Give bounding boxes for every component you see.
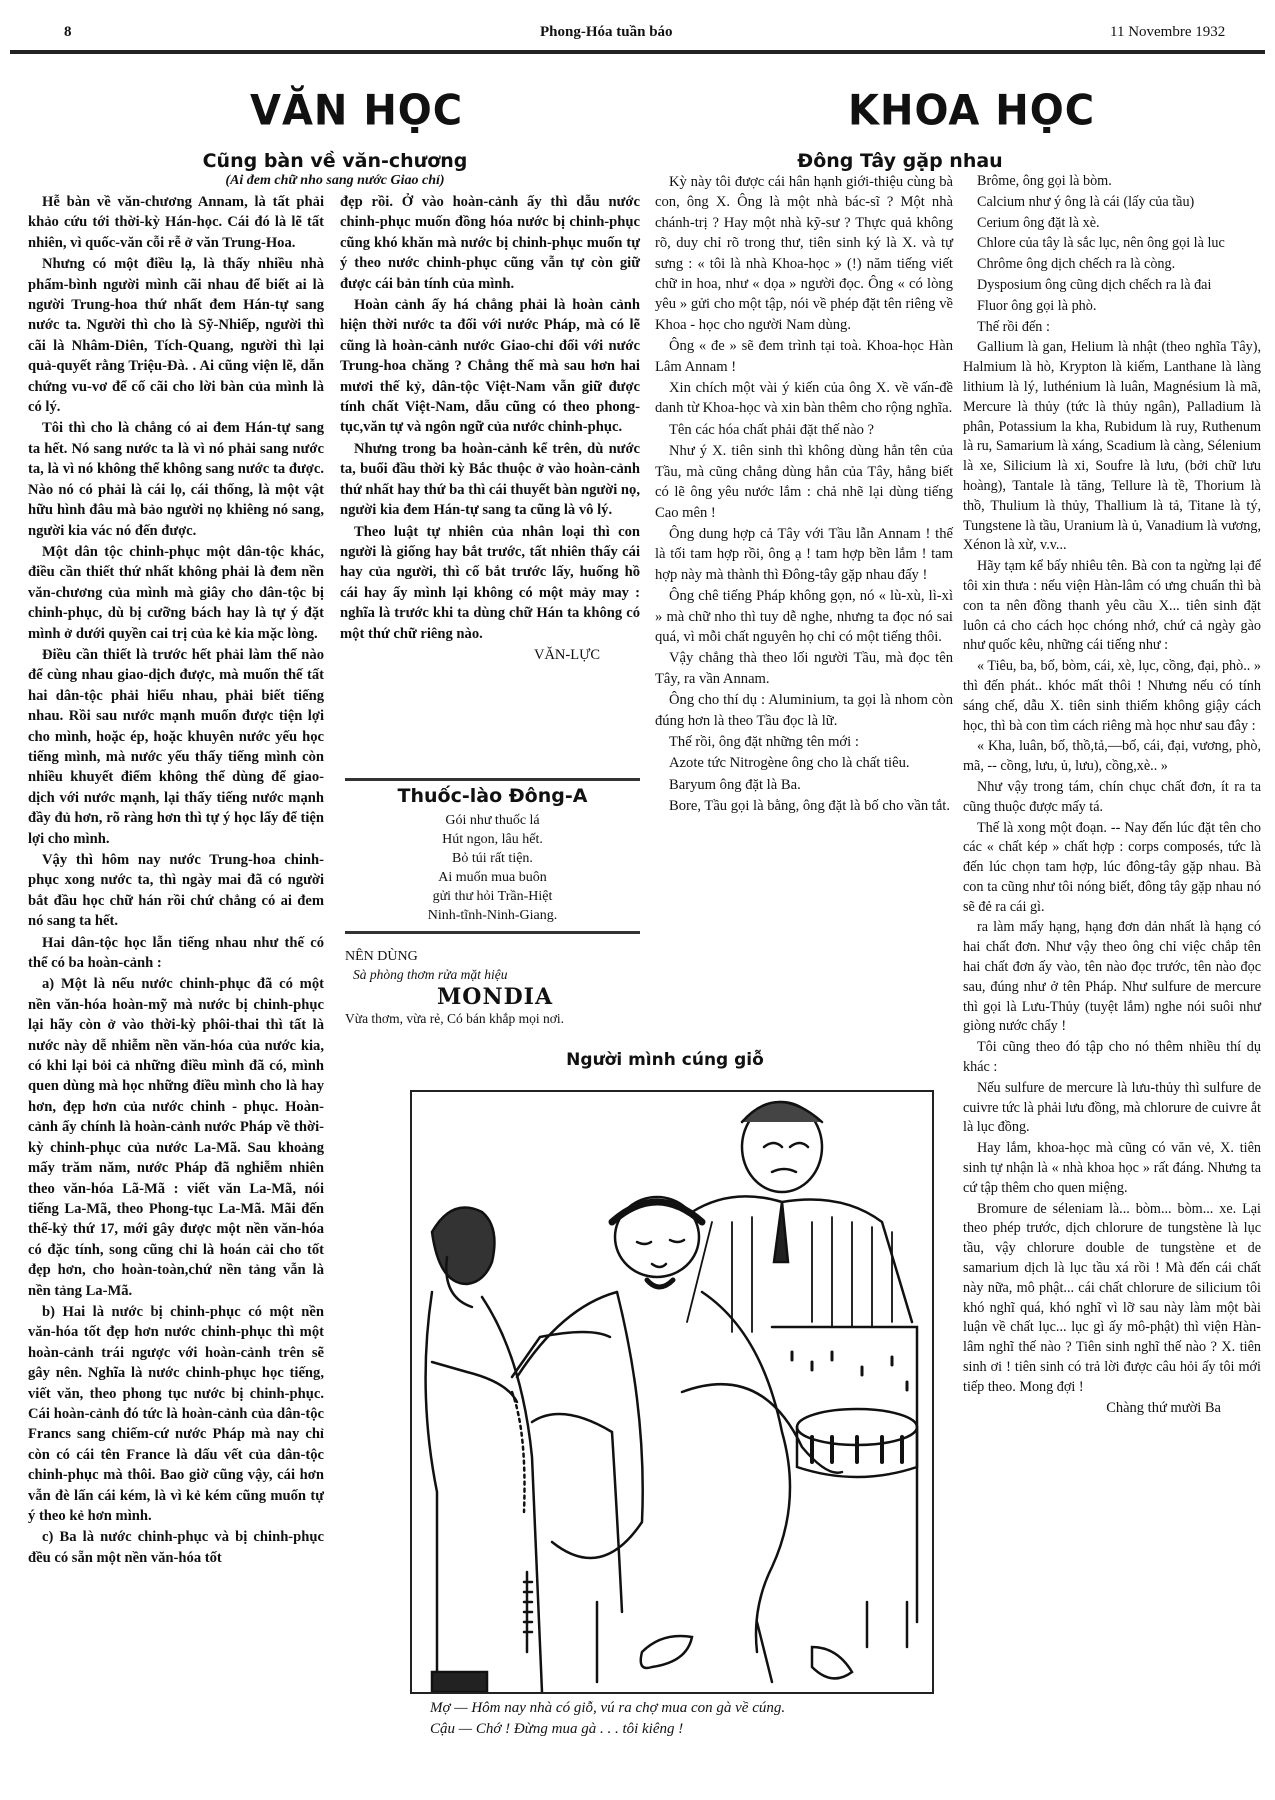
paragraph: Hay lắm, khoa-học mà cũng có văn vẻ, X. … (963, 1139, 1261, 1198)
paragraph: Như vậy trong tám, chín chục chất đơn, í… (963, 778, 1261, 818)
paragraph: a) Một là nếu nước chinh-phục đã có một … (28, 974, 324, 1301)
paragraph: Nếu sulfure de mercure là lưu-thủy thì s… (963, 1079, 1261, 1138)
paragraph: Nhưng trong ba hoàn-cảnh kể trên, dù nướ… (340, 439, 640, 521)
article-subtitle-van-chuong: (Ai đem chữ nho sang nước Giao chỉ) (60, 173, 610, 189)
ad-line: Ai muốn mua buôn (345, 868, 640, 887)
paragraph: Chlore của tây là sắc lục, nên ông gọi l… (963, 234, 1261, 254)
van-chuong-column-2: đẹp rồi. Ở vào hoàn-cảnh ấy thì dẫu nước… (340, 192, 640, 665)
paragraph: Baryum ông đặt là Ba. (655, 775, 953, 795)
cartoon-title: Người mình cúng giỗ (380, 1050, 950, 1070)
paragraph: Azote tức Nitrogène ông cho là chất tiêu… (655, 753, 953, 773)
caption-line-mo: Mợ — Hôm nay nhà có giỗ, vú ra chợ mua c… (430, 1698, 960, 1719)
article-title-van-chuong: Cũng bàn về văn-chương (60, 150, 610, 172)
paragraph: b) Hai là nước bị chinh-phục có một nền … (28, 1302, 324, 1526)
ad-title: Thuốc-lào Đông-A (345, 785, 640, 807)
paragraph: Như ý X. tiên sinh thì không dùng hẳn tê… (655, 441, 953, 523)
paragraph: Gallium là gan, Helium là nhật (theo ngh… (963, 338, 1261, 556)
ad-lead: NÊN DÙNG (345, 948, 645, 966)
issue-date: 11 Novembre 1932 (1110, 24, 1225, 41)
paragraph: Hễ bàn về văn-chương Annam, là tất phải … (28, 192, 324, 253)
paragraph: Nhưng có một điều lạ, là thấy nhiều nhà … (28, 254, 324, 417)
ad-line: Ninh-tĩnh-Ninh-Giang. (345, 906, 640, 925)
dong-tay-column-3: Kỳ này tôi được cái hân hạnh giới-thiệu … (655, 172, 953, 818)
paragraph: đẹp rồi. Ở vào hoàn-cảnh ấy thì dẫu nước… (340, 192, 640, 294)
masthead-rule (10, 50, 1265, 54)
paragraph: Điều cần thiết là trước hết phải làm thế… (28, 645, 324, 849)
paragraph: « Tiêu, ba, bố, bòm, cái, xè, lục, cồng,… (963, 657, 1261, 736)
paragraph: Ông chê tiếng Pháp không gọn, nó « lù-xù… (655, 586, 953, 647)
article-title-dong-tay: Đông Tây gặp nhau (650, 150, 1150, 172)
advertisement-thuoc-lao: Thuốc-lào Đông-A Gói như thuốc lá Hút ng… (345, 778, 640, 934)
dong-tay-column-4: Brôme, ông gọi là bòm. Calcium như ý ông… (963, 172, 1261, 1418)
paragraph: Dysposium ông cũng dịch chếch ra là đai (963, 276, 1261, 296)
paragraph: Tên các hóa chất phải đặt thế nào ? (655, 420, 953, 440)
paragraph: Hai dân-tộc học lẫn tiếng nhau như thế c… (28, 933, 324, 974)
paragraph: Calcium như ý ông là cái (lấy của tầu) (963, 193, 1261, 213)
paragraph: Fluor ông gọi là phò. (963, 297, 1261, 317)
paragraph: Vậy thì hôm nay nước Trung-hoa chinh-phụ… (28, 850, 324, 932)
cartoon-drawing-icon (412, 1092, 932, 1692)
paragraph: Tôi thì cho là chẳng có ai đem Hán-tự sa… (28, 418, 324, 540)
paragraph: Cerium ông đặt là xè. (963, 214, 1261, 234)
cartoon-caption: Mợ — Hôm nay nhà có giỗ, vú ra chợ mua c… (430, 1698, 960, 1740)
paragraph: Ông dung hợp cả Tây với Tầu lẫn Annam ! … (655, 524, 953, 585)
van-chuong-column-1: Hễ bàn về văn-chương Annam, là tất phải … (28, 192, 324, 1569)
author-signature: Chàng thứ mười Ba (963, 1399, 1261, 1419)
paragraph: Ông cho thí dụ : Aluminium, ta gọi là nh… (655, 690, 953, 731)
paragraph: « Kha, luân, bố, thồ,tả,—bố, cái, đại, v… (963, 737, 1261, 777)
paragraph: Kỳ này tôi được cái hân hạnh giới-thiệu … (655, 172, 953, 335)
paragraph: Chrôme ông dịch chếch ra là còng. (963, 255, 1261, 275)
paragraph: Brôme, ông gọi là bòm. (963, 172, 1261, 192)
section-heading-khoa-hoc: KHOA HỌC (848, 87, 1095, 135)
paragraph: Tôi cũng theo đó tập cho nó thêm nhiều t… (963, 1038, 1261, 1078)
paragraph: Hãy tạm kể bấy nhiêu tên. Bà con ta ngừn… (963, 557, 1261, 656)
paragraph: Hoàn cảnh ấy há chẳng phải là hoàn cảnh … (340, 295, 640, 438)
ad-divider (345, 778, 640, 781)
paragraph: Thế là xong một đoạn. -- Nay đến lúc đặt… (963, 819, 1261, 918)
author-signature: VĂN-LỰC (340, 645, 640, 665)
paragraph: Bore, Tầu gọi là bằng, ông đặt là bố cho… (655, 796, 953, 816)
ad-line: gửi thư hỏi Trần-Hiệt (345, 887, 640, 906)
paragraph: ra làm mấy hạng, hạng đơn dản nhất là hạ… (963, 918, 1261, 1037)
page-number: 8 (64, 24, 72, 41)
cartoon-illustration (410, 1090, 934, 1694)
paragraph: Xin chích một vài ý kiến của ông X. về v… (655, 378, 953, 419)
ad-line: Gói như thuốc lá (345, 811, 640, 830)
publication-name: Phong-Hóa tuần báo (540, 24, 673, 41)
ad-line: Bỏ túi rất tiện. (345, 849, 640, 868)
ad-line: Hút ngon, lâu hết. (345, 830, 640, 849)
ad-line: Sà phòng thơm rửa mặt hiệu (345, 966, 645, 984)
caption-line-cau: Cậu — Chớ ! Đừng mua gà . . . tôi kiêng … (430, 1719, 960, 1740)
paragraph: Theo luật tự nhiên của nhân loại thì con… (340, 522, 640, 644)
paragraph: Ông « đe » sẽ đem trình tại toà. Khoa-họ… (655, 336, 953, 377)
paragraph: c) Ba là nước chinh-phục và bị chinh-phụ… (28, 1527, 324, 1568)
advertisement-mondia: NÊN DÙNG Sà phòng thơm rửa mặt hiệu MOND… (345, 948, 645, 1028)
paragraph: Thế rồi đến : (963, 318, 1261, 338)
paragraph: Bromure de séleniam là... bòm... bòm... … (963, 1200, 1261, 1398)
ad-tagline: Vừa thơm, vừa rẻ, Có bán khắp mọi nơi. (345, 1010, 645, 1028)
paragraph: Thế rồi, ông đặt những tên mới : (655, 732, 953, 752)
section-heading-van-hoc: VĂN HỌC (250, 87, 463, 135)
paragraph: Một dân tộc chinh-phục một dân-tộc khác,… (28, 542, 324, 644)
brand-mondia: MONDIA (345, 984, 645, 1010)
ad-divider (345, 931, 640, 934)
paragraph: Vậy chẳng thà theo lối người Tầu, mà đọc… (655, 648, 953, 689)
